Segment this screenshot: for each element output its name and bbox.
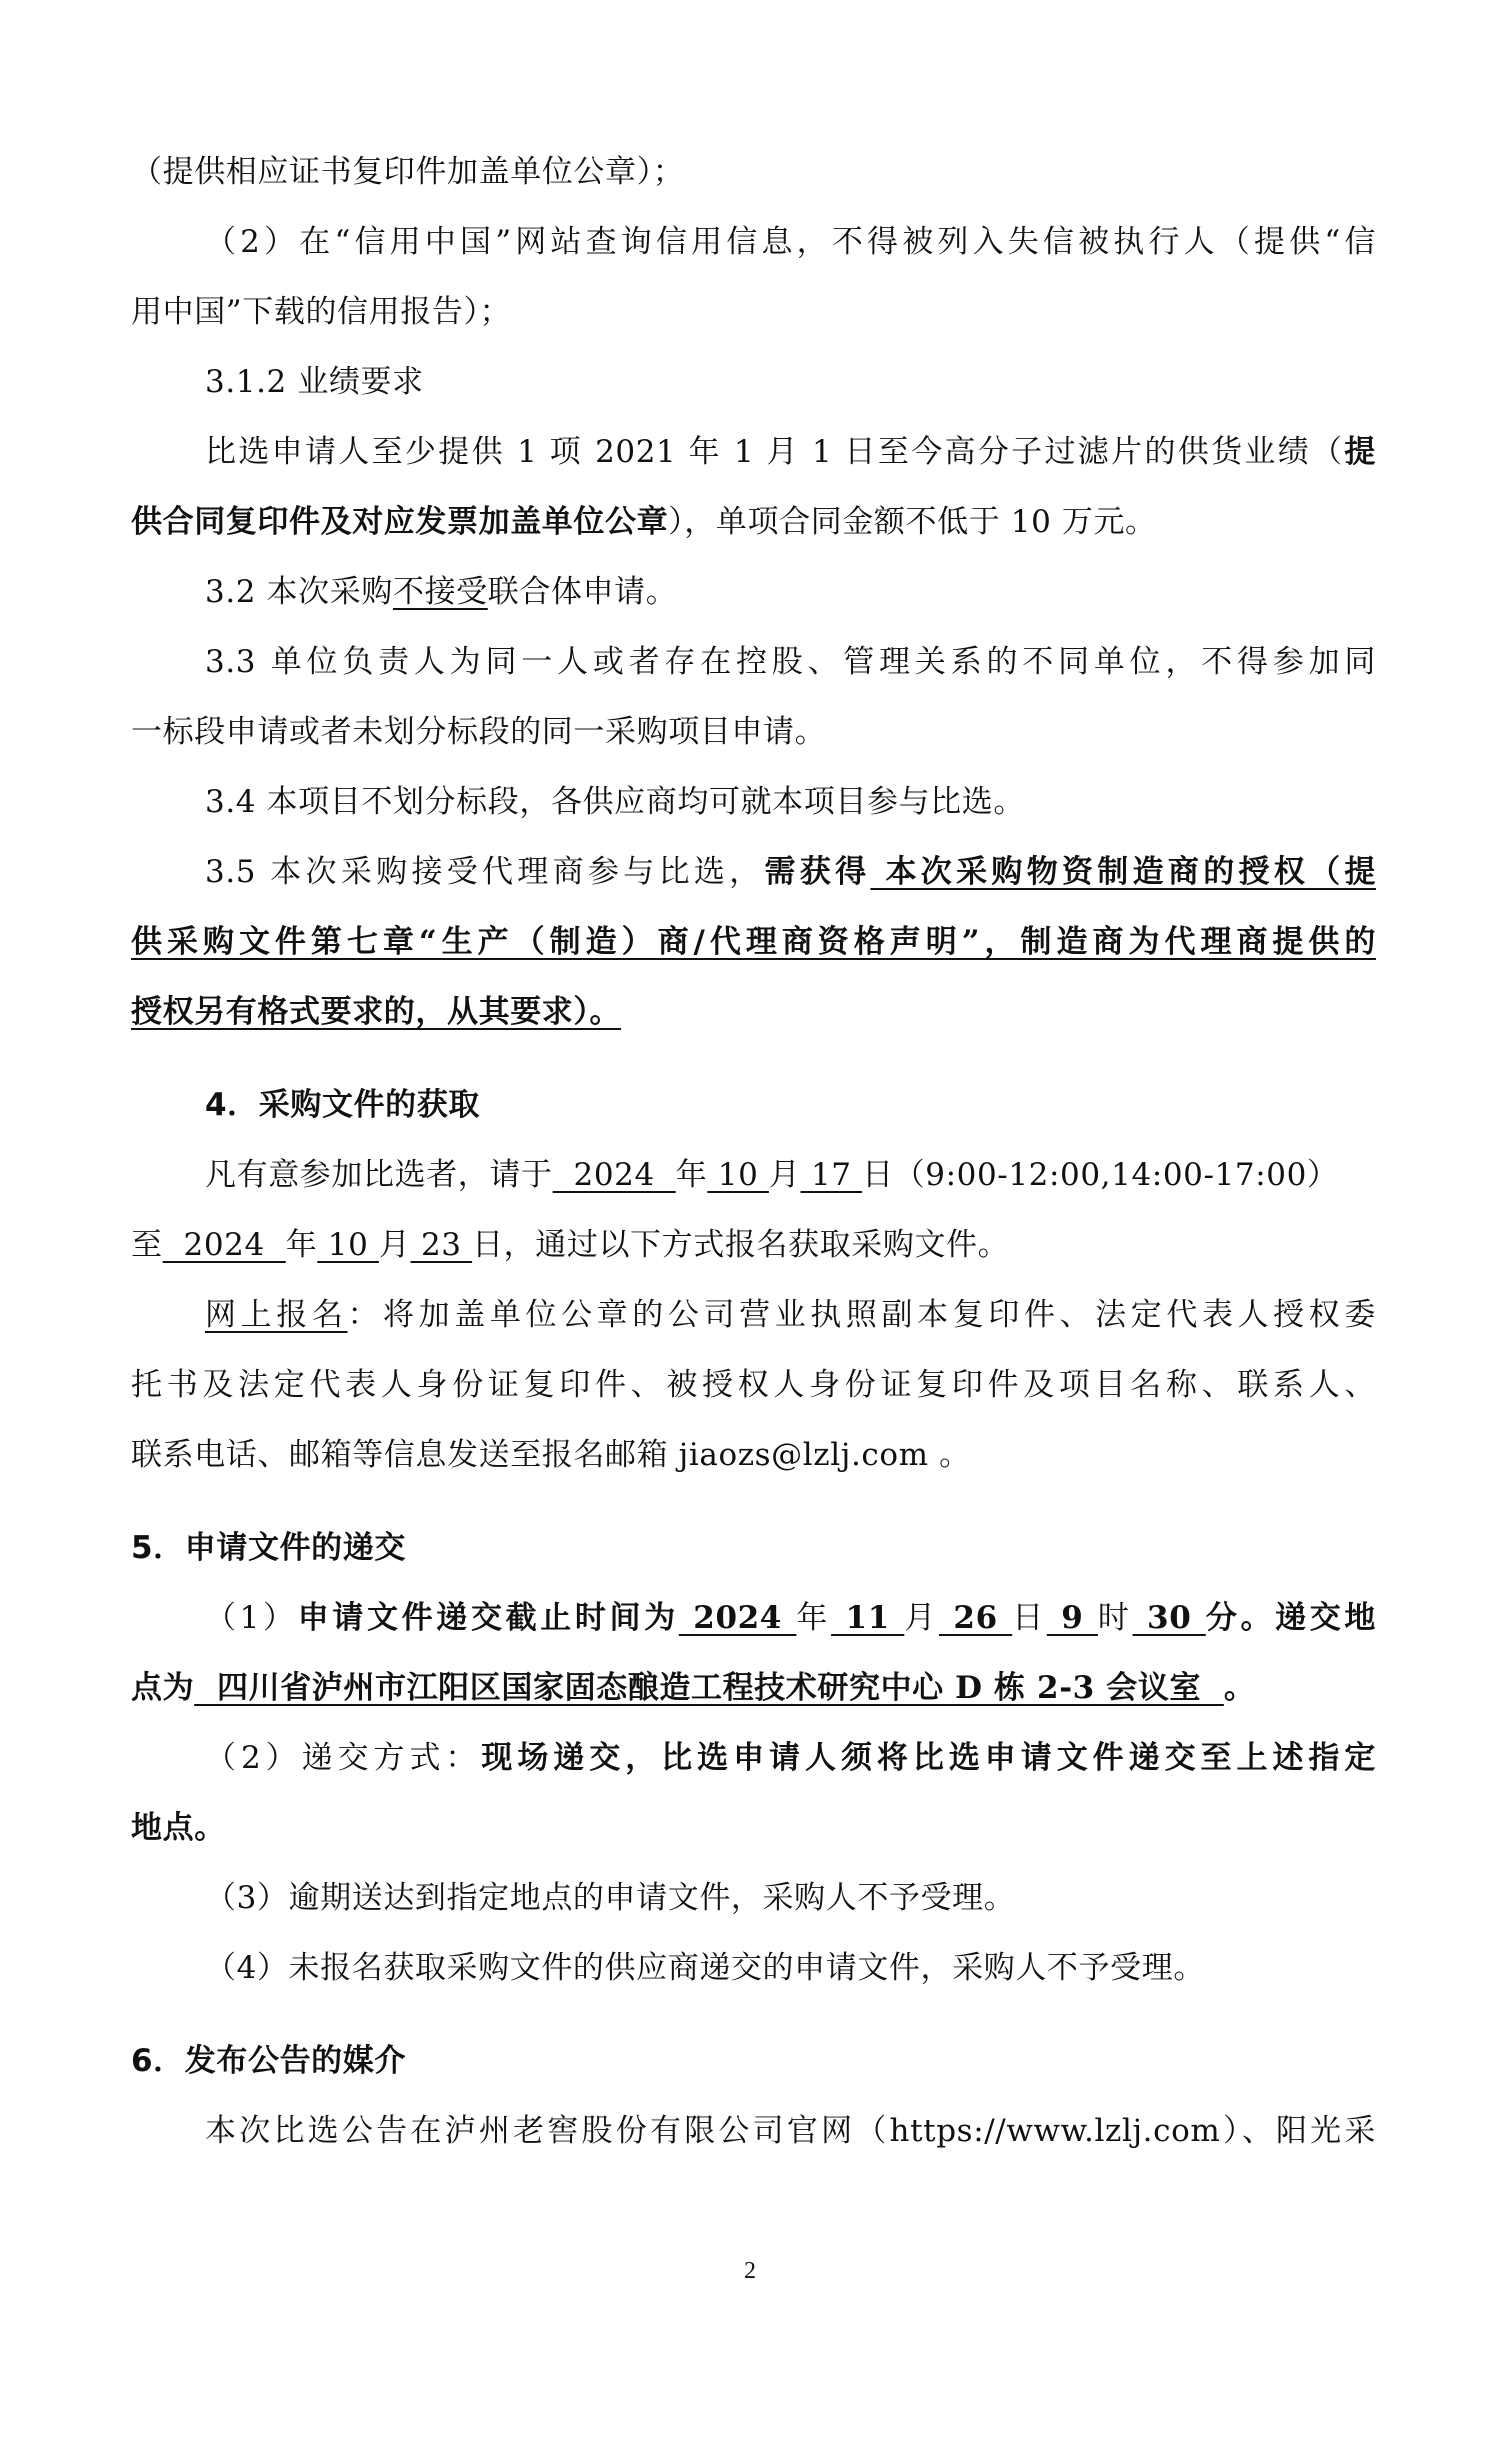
start-year: 2024 xyxy=(553,1157,676,1193)
text: （1） xyxy=(205,1600,298,1636)
text: 至 xyxy=(131,1227,163,1263)
text-line: 凡有意参加比选者，请于 2024 年 10 月 17 日（9:00-12:00,… xyxy=(205,1153,1376,1197)
text: 联合体申请。 xyxy=(488,574,678,610)
text-line: 联系电话、邮箱等信息发送至报名邮箱 jiaozs@lzlj.com 。 xyxy=(131,1433,1376,1477)
bold-text: 需获得 xyxy=(764,854,870,890)
text: 月 xyxy=(904,1600,939,1636)
deadline-hour: 9 xyxy=(1047,1600,1098,1636)
text: 日 xyxy=(1012,1600,1047,1636)
text: 月 xyxy=(769,1157,801,1193)
underlined-text: 不接受 xyxy=(393,574,488,610)
deadline-year: 2024 xyxy=(679,1600,797,1636)
text-line: 用中国”下载的信用报告）； xyxy=(131,290,1376,334)
text-line: 3.5 本次采购接受代理商参与比选，需获得 本次采购物资制造商的授权（提 xyxy=(205,850,1376,894)
text: 。 xyxy=(929,1437,971,1473)
text-line: 比选申请人至少提供 1 项 2021 年 1 月 1 日至今高分子过滤片的供货业… xyxy=(205,430,1376,474)
deadline-day: 26 xyxy=(939,1600,1012,1636)
bold-text: 申请文件递交截止时间为 xyxy=(298,1600,679,1636)
text-line: 3.4 本项目不划分标段，各供应商均可就本项目参与比选。 xyxy=(205,780,1376,824)
submission-location: 四川省泸州市江阳区国家固态酿造工程技术研究中心 D 栋 2-3 会议室 xyxy=(194,1670,1224,1706)
deadline-month: 11 xyxy=(831,1600,904,1636)
text: 3.2 本次采购 xyxy=(205,574,393,610)
text-line: 托书及法定代表人身份证复印件、被授权人身份证复印件及项目名称、联系人、 xyxy=(131,1363,1376,1407)
bold-text: 供合同复印件及对应发票加盖单位公章 xyxy=(131,504,668,540)
text: 凡有意参加比选者，请于 xyxy=(205,1157,553,1193)
text-line: （提供相应证书复印件加盖单位公章）； xyxy=(131,150,1376,194)
text: 年 xyxy=(286,1227,318,1263)
end-year: 2024 xyxy=(163,1227,286,1263)
text: 月 xyxy=(379,1227,411,1263)
text: 年 xyxy=(796,1600,831,1636)
section-heading: 4．采购文件的获取 xyxy=(205,1083,1376,1127)
text-line: 本次比选公告在泸州老窖股份有限公司官网（https://www.lzlj.com… xyxy=(205,2109,1376,2153)
text-line: 3.2 本次采购不接受联合体申请。 xyxy=(205,570,1376,614)
text-line: 至 2024 年 10 月 23 日，通过以下方式报名获取采购文件。 xyxy=(131,1223,1376,1267)
text: 年 xyxy=(676,1157,708,1193)
underlined-bold-line: 供采购文件第七章“生产（制造）商/代理商资格声明”，制造商为代理商提供的 xyxy=(131,920,1376,964)
end-month: 10 xyxy=(317,1227,379,1263)
underlined-bold-line: 授权另有格式要求的，从其要求）。 xyxy=(131,990,1376,1034)
text: 日，通过以下方式报名获取采购文件。 xyxy=(472,1227,1009,1263)
text: ：将加盖单位公章的公司营业执照副本复印件、法定代表人授权委 xyxy=(347,1297,1376,1333)
text-line: （2）递交方式：现场递交，比选申请人须将比选申请文件递交至上述指定 xyxy=(205,1736,1376,1780)
text-line: （2）在“信用中国”网站查询信用信息，不得被列入失信被执行人（提供“信 xyxy=(205,220,1376,264)
text: ），单项合同金额不低于 10 万元。 xyxy=(668,504,1156,540)
page-number: 2 xyxy=(0,2258,1500,2285)
text: 3.5 本次采购接受代理商参与比选， xyxy=(205,854,764,890)
text-line: 点为 四川省泸州市江阳区国家固态酿造工程技术研究中心 D 栋 2-3 会议室 。 xyxy=(131,1666,1376,1710)
underlined-bold-text: 本次采购物资制造商的授权（提 xyxy=(870,854,1376,890)
start-month: 10 xyxy=(707,1157,769,1193)
text-line: 地点。 xyxy=(131,1806,1376,1850)
text-line: 供合同复印件及对应发票加盖单位公章），单项合同金额不低于 10 万元。 xyxy=(131,500,1376,544)
text-line: 一标段申请或者未划分标段的同一采购项目申请。 xyxy=(131,710,1376,754)
text: 比选申请人至少提供 1 项 2021 年 1 月 1 日至今高分子过滤片的供货业… xyxy=(205,434,1344,470)
section-heading: 6．发布公告的媒介 xyxy=(131,2039,1376,2083)
text: 日（9:00-12:00,14:00-17:00） xyxy=(862,1157,1338,1193)
text: 联系电话、邮箱等信息发送至报名邮箱 xyxy=(131,1437,679,1473)
text-line: （3）逾期送达到指定地点的申请文件，采购人不予受理。 xyxy=(205,1876,1376,1920)
bold-text: 现场递交，比选申请人须将比选申请文件递交至上述指定 xyxy=(481,1740,1376,1776)
email-link[interactable]: jiaozs@lzlj.com xyxy=(679,1437,929,1473)
text: 。 xyxy=(1224,1670,1256,1706)
bold-text: 分。递交地 xyxy=(1206,1600,1376,1636)
document-page: （提供相应证书复印件加盖单位公章）； （2）在“信用中国”网站查询信用信息，不得… xyxy=(0,0,1500,2438)
section-heading: 5．申请文件的递交 xyxy=(131,1526,1376,1570)
end-day: 23 xyxy=(411,1227,473,1263)
text-line: 3.3 单位负责人为同一人或者存在控股、管理关系的不同单位，不得参加同 xyxy=(205,640,1376,684)
deadline-minute: 30 xyxy=(1133,1600,1206,1636)
subsection-heading: 3.1.2 业绩要求 xyxy=(205,360,1376,404)
text: 点为 xyxy=(131,1670,194,1706)
bold-text: 提 xyxy=(1344,434,1376,470)
start-day: 17 xyxy=(801,1157,863,1193)
text-line: 网上报名：将加盖单位公章的公司营业执照副本复印件、法定代表人授权委 xyxy=(205,1293,1376,1337)
text: （2）递交方式： xyxy=(205,1740,481,1776)
online-registration-label: 网上报名 xyxy=(205,1297,347,1333)
text: 时 xyxy=(1098,1600,1133,1636)
text-line: （4）未报名获取采购文件的供应商递交的申请文件，采购人不予受理。 xyxy=(205,1946,1376,1990)
text-line: （1）申请文件递交截止时间为 2024 年 11 月 26 日 9 时 30 分… xyxy=(205,1596,1376,1640)
